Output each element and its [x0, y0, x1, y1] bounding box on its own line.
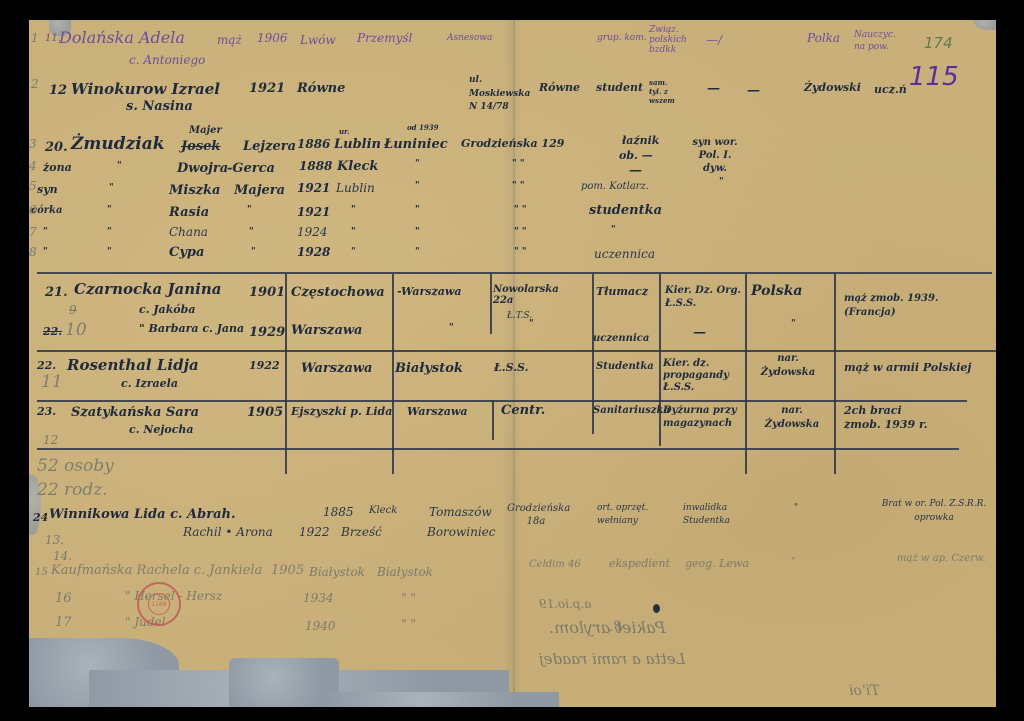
entry-11-birthplace: Lwów [300, 34, 336, 46]
tape-bottom-bump [229, 658, 339, 707]
pencil-side-number: 4 [29, 160, 37, 172]
row-21-residence: -Warszawa [397, 286, 461, 297]
family-20-member-1-father: -Gerca [227, 162, 275, 175]
row-22b-name: Rosenthal Lidja [67, 358, 199, 373]
family-20-member-1-occupation: — [629, 164, 642, 177]
family-20-member-4-residence: " [415, 228, 420, 237]
tape-bottom-right [329, 692, 559, 707]
entry-24-occupation: ort. oprzęt. wełniany [597, 502, 659, 527]
family-20-member-1-remarks: " [719, 178, 724, 187]
family-20-member-0-name-above: Majer [189, 126, 222, 136]
family-20-member-1-role: żona [43, 162, 72, 173]
total-families: 22 rodz. [37, 482, 108, 499]
row-21-patronymic: c. Jakóba [139, 304, 195, 315]
entry-17-no: 17 [55, 616, 72, 629]
entry-15-address: Celdim 46 [529, 560, 581, 570]
entry-11-residence: Przemyśl [357, 32, 412, 44]
entry-12-remarks: ucz.ń [874, 84, 907, 95]
entry-16-year: 1934 [303, 592, 334, 604]
ditto-mark: " [107, 206, 112, 215]
pencil-side-number: 8 [29, 246, 37, 258]
family-20-member-1-place: Kleck [337, 160, 378, 173]
row-22b-residence: Białystok [395, 362, 463, 375]
entry-12-no: 12 [49, 84, 67, 97]
entry-12-position2: — [747, 84, 760, 97]
family-20-member-0-place: Lublin [334, 138, 381, 151]
family-20-member-1-year: 1888 [299, 160, 332, 172]
row-23-patronymic: c. Nejocha [129, 424, 194, 435]
family-20-member-3-name: Rasia [169, 206, 209, 219]
family-20-member-3-year: 1921 [297, 206, 330, 218]
tape-fragment-top-right [974, 20, 996, 30]
family-20-member-5-residence: " [415, 248, 420, 257]
archive-number-115: 115 [909, 64, 959, 90]
family-20-member-2-name: Miszka [169, 184, 220, 197]
family-20-member-3-occupation: studentka [589, 204, 662, 217]
ditto-mark: " [107, 228, 112, 237]
row-23-birthplace: Ejszyszki p. Lida [291, 406, 392, 417]
family-20-no: 20. [45, 141, 68, 154]
entry-12-occupation: student [596, 82, 643, 93]
row-22b-nationality: nar. Żydowska [757, 352, 819, 380]
entry-12-patronymic: s. Nasina [126, 100, 193, 113]
family-20-member-2-father: Majera [234, 184, 285, 197]
entry-11-position: —/ [706, 34, 722, 46]
family-20-member-2-occupation: pom. Kotlarz. [581, 182, 649, 192]
row-22a-nationality: " [791, 320, 796, 329]
total-persons: 52 osoby [37, 458, 114, 475]
family-20-member-4-role: " [43, 228, 48, 237]
entry-12-pencil-number: 2 [31, 78, 39, 90]
family-20-member-5-role: " [43, 248, 48, 257]
row-21-remarks: mąż zmob. 1939. (Francja) [844, 292, 964, 320]
family-20-member-4-occupation: " [611, 226, 616, 235]
row-23-pencil-no: 12 [43, 434, 58, 446]
entry-11-remarks: Nauczyc. na pow. [854, 30, 899, 53]
mirrored-note: Pakiet arylom. [549, 620, 666, 636]
entry-11-marital: mąż [217, 34, 242, 46]
row-23-remarks: 2ch braci zmob. 1939 r. [844, 404, 934, 433]
family-20-member-0-father: Lejzera [243, 140, 296, 153]
family-20-member-3-father: " [247, 206, 252, 215]
family-20-member-0-name: Josek [181, 140, 220, 153]
archive-number-174: 174 [924, 36, 953, 51]
family-20-member-4-place: " [351, 228, 356, 237]
entry-15-name: Kaufmańska Rachela c. Jankiela [51, 564, 262, 577]
entry-16-residence: " " [401, 592, 416, 604]
family-20-member-3-place: " [351, 206, 356, 215]
entry-12-residence: Równe [539, 82, 580, 93]
row-22a-residence: " [449, 324, 454, 333]
family-20-member-1-name: Dwojra [177, 162, 228, 175]
entry-24-address: Grodzieńska 18a [507, 502, 565, 528]
family-20-member-0-address: Grodzieńska 129 [461, 138, 564, 149]
entry-24-remarks: Brat w or. Pol. Z.S.R.R. oprowka [869, 498, 996, 525]
row-22b-occupation: Studentka [596, 362, 654, 372]
row-22b-pencil-no: 11 [41, 374, 63, 391]
row-23-year: 1905 [247, 406, 283, 419]
row-23-residence: Warszawa [407, 406, 467, 417]
family-20-member-0-occupation: łaźnik [622, 135, 659, 146]
entry-24b-year: 1922 [299, 526, 330, 538]
family-20-member-4-name: Chana [169, 226, 208, 238]
table-rule [37, 350, 996, 352]
family-20-member-3-role: córka [31, 206, 62, 216]
row-22b-no: 22. [37, 360, 56, 371]
row-22b-address: Ł.S.S. [494, 362, 528, 373]
entry-24b-birthplace: Brześć [341, 526, 382, 538]
family-20-member-2-place: Lublin [336, 182, 375, 194]
entry-15-year: 1905 [271, 564, 304, 577]
row-21-address: Nowolarska 22a [493, 284, 573, 306]
entry-24-pencil-no: 13. [45, 534, 64, 546]
row-23-position: Dyżurna przy magazynach [663, 404, 743, 430]
entry-17-year: 1940 [305, 620, 336, 632]
family-20-member-5-place: " [351, 248, 356, 257]
mirrored-note: a.p.io.19 [539, 598, 591, 610]
entry-24-residence: Tomaszów [429, 506, 492, 518]
table-column-rule [659, 274, 661, 446]
row-22a-year: 1929 [249, 326, 285, 339]
family-20-member-2-residence: " [415, 182, 420, 191]
row-22a-position: — [693, 326, 706, 339]
family-20-member-5-name: Cypa [169, 246, 204, 259]
table-column-rule [745, 274, 747, 474]
row-23-name: Szatykańska Sara [71, 406, 199, 419]
row-22b-position: Kier. dz. propagandy Ł.S.S. [663, 358, 743, 394]
entry-11-name: Dolańska Adela [59, 30, 185, 46]
row-21-occupation: Tłumacz [596, 286, 648, 297]
family-20-member-0-residence: Łuniniec [384, 138, 448, 151]
entry-12-birthplace: Równe [297, 82, 345, 95]
entry-11-nationality: Polka [807, 32, 840, 44]
ditto-mark: " [107, 248, 112, 257]
entry-12-position: — [707, 82, 720, 95]
pencil-side-number: 7 [29, 226, 37, 238]
row-22a-name: " Barbara c. Jana [139, 322, 249, 336]
entry-11-year: 1906 [257, 32, 288, 44]
entry-24-position: inwalidka Studentka [683, 502, 743, 527]
row-22a-occupation: uczennica [593, 334, 649, 344]
row-22b-patronymic: c. Izraela [121, 378, 178, 389]
entry-11-patronymic: c. Antoniego [129, 54, 205, 66]
family-20-member-5-year: 1928 [297, 246, 330, 258]
entry-12-name: Winokurow Izrael [71, 82, 220, 97]
row-23-address: Centr. [501, 404, 545, 417]
entry-15-no: 15 [35, 568, 48, 578]
ditto-mark: " [117, 162, 122, 171]
table-rule [37, 272, 992, 274]
family-20-member-0-remarks: syn wor. Pol. I. dyw. [691, 136, 739, 175]
row-22a-pencil-no: 10 [65, 322, 87, 339]
entry-15-remarks: mąż w ap. Czerw. [897, 554, 986, 564]
family-20-member-5-father: " [251, 248, 256, 257]
family-20-member-1-residence: " [415, 160, 420, 169]
archive-stamp-number: 1169 [148, 593, 170, 615]
table-rule [37, 448, 959, 450]
family-20-member-4-year: 1924 [297, 226, 328, 238]
entry-24b-residence: Borowiniec [427, 526, 496, 538]
family-20-member-3-address: " " [514, 206, 527, 215]
family-20-member-5-address: " " [514, 248, 527, 257]
archive-stamp: 1169 [137, 582, 181, 626]
table-column-rule [490, 274, 492, 334]
entry-24-no: 24 [33, 512, 48, 523]
table-column-rule [834, 274, 836, 474]
entry-24-name: Winnikowa Lida c. Abrah. [49, 508, 235, 521]
row-23-nationality: nar. Żydowska [757, 404, 827, 432]
entry-12-address: ul. Moskiewska N 14/78 [469, 74, 529, 115]
entry-15-position: geog. Lewa [685, 558, 749, 569]
entry-24-year: 1885 [323, 506, 354, 518]
ditto-mark: " [109, 184, 114, 193]
entry-11-party: Związ. polskich bzdkk [649, 26, 695, 56]
document-page: 1 11. Dolańska Adela c. Antoniego mąż 19… [29, 20, 996, 707]
entry-24-birthplace: Kleck [369, 506, 397, 516]
row-21-year: 1901 [249, 286, 285, 299]
entry-16-no: 16 [55, 592, 72, 605]
family-20-member-1-address: " " [512, 160, 525, 169]
pencil-side-number: 5 [29, 180, 37, 192]
family-20-member-4-father: " [249, 228, 254, 237]
row-21-pencil-no: 9 [69, 304, 77, 316]
entry-15-nationality: " [791, 558, 795, 567]
table-column-rule [392, 274, 394, 474]
mirrored-note: Letta a rami raadej [539, 652, 685, 667]
row-22b-birthplace: Warszawa [301, 362, 372, 375]
ink-blot [653, 604, 660, 613]
entry-11-occupation: grup. kom. [597, 34, 647, 43]
family-20-member-3-residence: " [415, 206, 420, 215]
family-20-member-0-year: 1886 [297, 138, 330, 150]
entry-17-residence: " " [401, 618, 416, 630]
entry-15-pencil-no: 14. [53, 550, 72, 562]
family-20-member-2-role: syn [37, 184, 58, 195]
row-23-no: 23. [37, 406, 56, 417]
entry-24-nationality: " [794, 504, 798, 513]
entry-11-address: Asnesowa [447, 34, 492, 43]
row-21-no: 21. [45, 286, 68, 299]
row-23-occupation: Sanitariuszka [593, 406, 670, 416]
row-22a-no: 22. [43, 326, 62, 337]
family-20-member-5-occupation: uczennica [594, 248, 655, 260]
row-22b-remarks: mąż w armii Polskiej [844, 362, 971, 373]
family-20-member-4-address: " " [514, 228, 527, 237]
family-20-member-0-occupation2: ob. — [619, 150, 653, 161]
row-21-nationality: Polska [751, 284, 802, 298]
entry-11-pencil-number: 1 [31, 32, 39, 44]
row-21-birthplace: Częstochowa [291, 286, 385, 299]
entry-12-nationality: Żydowski [804, 82, 861, 93]
entry-15-birthplace: Białystok [309, 566, 365, 578]
family-20-surname: Żmudziak [71, 136, 165, 153]
entry-15-residence: Białystok [377, 566, 433, 578]
entry-12-year: 1921 [249, 82, 285, 95]
table-rule [37, 400, 967, 402]
row-21-position: Kier. Dz. Org. Ł.S.S. [665, 284, 743, 310]
row-22a-address: " [529, 320, 534, 329]
mirrored-note: Ti'oi [849, 684, 880, 698]
table-column-rule [492, 400, 494, 440]
family-20-member-2-address: " " [512, 182, 525, 191]
pencil-side-number: 3 [29, 138, 37, 150]
family-20-member-2-year: 1921 [297, 182, 330, 194]
entry-24b-name: Rachil • Arona [183, 526, 273, 538]
entry-12-party: sam. tyl. z wszem [649, 78, 677, 105]
row-21-name: Czarnocka Janina [74, 282, 222, 297]
table-column-rule [285, 274, 287, 474]
row-22a-birthplace: Warszawa [291, 324, 362, 337]
row-22b-year: 1922 [249, 360, 280, 371]
family-20-member-0-place-note: ur. [339, 128, 350, 135]
entry-15-occupation: ekspedient [609, 558, 670, 569]
family-20-member-0-residence-note: od 1939 [407, 124, 438, 131]
